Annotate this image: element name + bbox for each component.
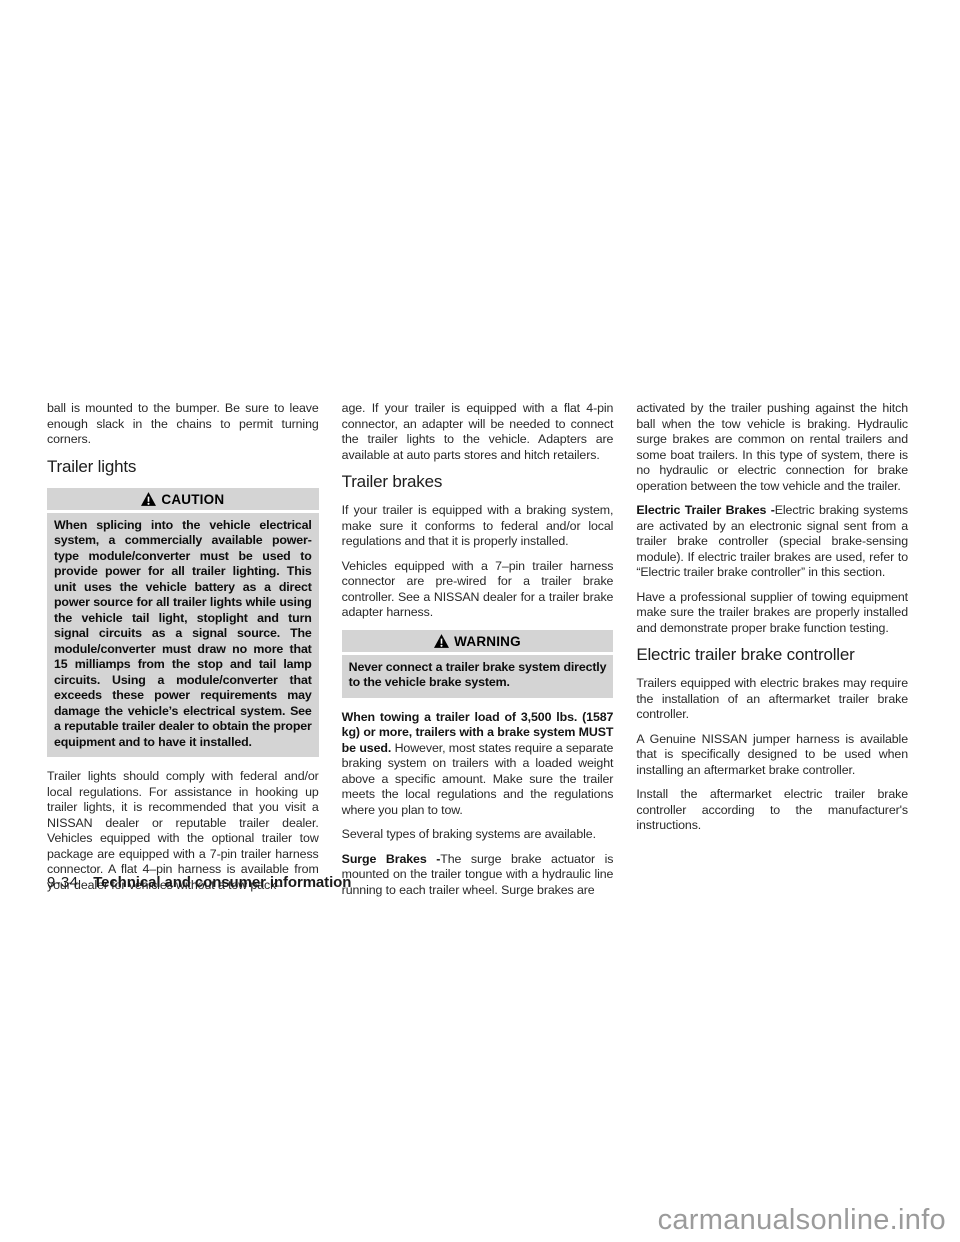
warning-header: WARNING <box>342 630 614 652</box>
warning-box: WARNING Never connect a trailer brake sy… <box>342 630 614 698</box>
column-right: activated by the trailer pushing against… <box>636 401 908 907</box>
paragraph-safety-chains: ball is mounted to the bumper. Be sure t… <box>47 401 319 448</box>
watermark: carmanualsonline.info <box>658 1203 946 1237</box>
manual-page: ball is mounted to the bumper. Be sure t… <box>0 0 960 1242</box>
paragraph-braking-types: Several types of braking systems are ava… <box>342 827 614 843</box>
paragraph-electric-trailer-brakes: Electric Trailer Brakes -Electric brakin… <box>636 503 908 581</box>
heading-trailer-brakes: Trailer brakes <box>342 472 614 492</box>
paragraph-jumper-harness: A Genuine NISSAN jumper harness is avail… <box>636 732 908 779</box>
warning-label: WARNING <box>454 634 521 649</box>
paragraph-towing-weight-rule: When towing a trailer load of 3,500 lbs.… <box>342 710 614 819</box>
heading-trailer-lights: Trailer lights <box>47 457 319 477</box>
warning-triangle-icon <box>141 492 156 506</box>
footer-section-title: Technical and consumer information <box>93 874 351 891</box>
paragraph-prewired-controller: Vehicles equipped with a 7–pin trailer h… <box>342 559 614 621</box>
page-number: 9-34 <box>47 874 78 891</box>
paragraph-professional-supplier: Have a professional supplier of towing e… <box>636 590 908 637</box>
warning-body-text: Never connect a trailer brake system dir… <box>342 655 614 698</box>
column-middle: age. If your trailer is equipped with a … <box>342 401 614 907</box>
paragraph-surge-brakes: Surge Brakes -The surge brake actuator i… <box>342 852 614 899</box>
paragraph-aftermarket-controller: Trailers equipped with electric brakes m… <box>636 676 908 723</box>
paragraph-install-controller: Install the aftermarket electric trailer… <box>636 787 908 834</box>
bold-lead-surge-brakes: Surge Brakes - <box>342 852 441 866</box>
page-footer: 9-34 Technical and consumer information <box>47 874 351 891</box>
caution-label: CAUTION <box>161 492 224 507</box>
page-content: ball is mounted to the bumper. Be sure t… <box>47 401 908 907</box>
paragraph-adapter: age. If your trailer is equipped with a … <box>342 401 614 463</box>
caution-header: CAUTION <box>47 488 319 510</box>
warning-triangle-icon <box>434 634 449 648</box>
column-left: ball is mounted to the bumper. Be sure t… <box>47 401 319 907</box>
heading-electric-brake-controller: Electric trailer brake controller <box>636 645 908 665</box>
caution-body-text: When splicing into the vehicle electrica… <box>47 513 319 758</box>
paragraph-hydraulic-surge: activated by the trailer pushing against… <box>636 401 908 494</box>
bold-lead-electric-brakes: Electric Trailer Brakes - <box>636 503 774 517</box>
caution-box: CAUTION When splicing into the vehicle e… <box>47 488 319 758</box>
paragraph-braking-system-conform: If your trailer is equipped with a braki… <box>342 503 614 550</box>
